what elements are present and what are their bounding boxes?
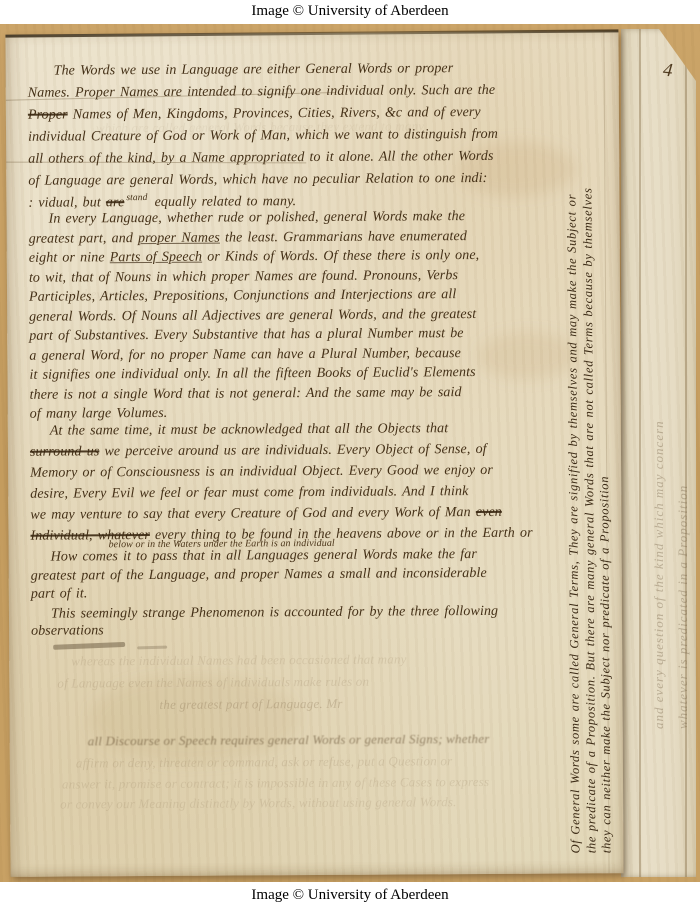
bleedthrough-line: whereas the individual Names had been oc… (71, 651, 406, 669)
text-line: This seemingly strange Phenomenon is acc… (51, 603, 498, 623)
text-segment: Memory or of Consciousness is an individ… (30, 463, 493, 481)
text-segment: of Language are general Words, which hav… (28, 171, 487, 189)
paragraph: The Words we use in Language are either … (28, 58, 499, 216)
fold-line (603, 31, 609, 873)
bleedthrough-line: the greatest part of Language. Mr (159, 696, 342, 713)
marginalia-line: the predicate of a Proposition. But ther… (579, 53, 599, 853)
text-segment: the least. Grammarians have enumerated (220, 229, 467, 246)
text-segment: Individual, whatever (30, 528, 149, 544)
text-line: The Words we use in Language are either … (54, 58, 498, 83)
text-segment: proper Names (138, 230, 220, 246)
ghost-layer: which are called general Words because t… (5, 31, 618, 35)
text-segment: The Words we use in Language are either … (54, 61, 454, 78)
text-segment: eight or nine (29, 250, 110, 265)
bleedthrough-line: and every question of the kind which may… (67, 285, 374, 303)
page-number: 4 (662, 60, 674, 83)
text-line: surround us we perceive around us are in… (30, 439, 532, 463)
text-segment: individual Creature of God or Work of Ma… (28, 127, 498, 145)
text-line: part of it. (31, 583, 487, 604)
text-segment: surround us (30, 444, 99, 459)
text-segment: Proper (28, 108, 68, 123)
text-segment: a general Word, for no proper Name can h… (29, 346, 461, 364)
text-line: eight or nine Parts of Speech or Kinds o… (29, 246, 480, 268)
text-line: Proper Names of Men, Kingdoms, Provinces… (28, 102, 498, 127)
text-line: it signifies one individual only. In all… (29, 363, 480, 385)
text-segment: equally related to many. (149, 194, 296, 210)
strip-ghost-line: and every question of the kind which may… (647, 49, 671, 729)
text-segment: Names of Men, Kingdoms, Provinces, Citie… (68, 105, 481, 123)
paragraph: In every Language, whether rude or polis… (29, 207, 481, 424)
text-line: part of Substantives. Every Substantive … (29, 324, 480, 346)
marginalia-block: Of General Words some are called General… (564, 53, 615, 853)
bleedthrough-line: all Discourse or Speech requires general… (88, 731, 490, 749)
fold-line (685, 29, 687, 877)
text-line: At the same time, it must be acknowledge… (50, 418, 532, 442)
text-line: Memory or of Consciousness is an individ… (30, 460, 532, 484)
crease-line (6, 92, 336, 101)
text-segment: greatest part, and (29, 231, 138, 247)
footer-caption: Image © University of Aberdeen (0, 882, 700, 910)
text-line: desire, Every Evil we feel or fear must … (30, 481, 532, 505)
text-line: greatest part, and proper Names the leas… (29, 226, 480, 248)
marginalia-line: Of General Words some are called General… (564, 53, 584, 853)
bleedthrough-line: answer it, promise or contract; it is im… (62, 774, 489, 793)
header-caption: Image © University of Aberdeen (0, 0, 700, 24)
stain (477, 331, 577, 380)
text-line: there is not a single Word that is not g… (30, 382, 481, 404)
fold-line (639, 29, 641, 877)
text-segment: we perceive around us are individuals. E… (99, 442, 486, 459)
text-line: How comes it to pass that in all Languag… (51, 546, 487, 567)
text-line: we may venture to say that every Creatur… (30, 502, 532, 526)
text-segment: This seemingly strange Phenomenon is acc… (51, 604, 498, 622)
text-segment: even (476, 505, 502, 520)
text-segment: every thing to be found in the heavens a… (150, 526, 533, 543)
strip-ghost-line: whatever is predicated in a Proposition (671, 49, 695, 729)
text-segment: Names. Proper Names are intended to sign… (28, 83, 496, 101)
stain (456, 141, 576, 197)
text-segment: to wit, that of Nouns in which proper Na… (29, 268, 458, 286)
text-segment: observations (31, 623, 104, 638)
text-line: Names. Proper Names are intended to sign… (28, 80, 498, 105)
text-segment: there is not a single Word that is not g… (30, 385, 462, 403)
text-line: Individual, whatever every thing to be f… (30, 523, 532, 547)
marginalia-line: they can neither make the Subject nor pr… (595, 53, 615, 853)
text-segment: we may venture to say that every Creatur… (30, 505, 476, 523)
text-segment: all others of the kind, by a Name approp… (28, 149, 493, 167)
text-line: Participles, Articles, Prepositions, Con… (29, 285, 480, 307)
text-segment: part of Substantives. Every Substantive … (29, 326, 463, 344)
text-line: all others of the kind, by a Name approp… (28, 146, 498, 171)
manuscript-page: which are called general Words because t… (5, 31, 623, 877)
text-segment: Parts of Speech (110, 250, 202, 266)
paragraph: At the same time, it must be acknowledge… (30, 418, 533, 547)
text-segment: part of it. (31, 586, 88, 601)
bleedthrough-line: or convey our Meaning distinctly by Word… (60, 794, 457, 812)
text-segment: general Words. Of Nouns all Adjectives a… (29, 307, 476, 325)
paragraph: This seemingly strange Phenomenon is acc… (31, 603, 498, 640)
text-segment: In every Language, whether rude or polis… (49, 209, 466, 227)
text-segment: of many large Volumes. (30, 406, 168, 422)
text-line: of Language are general Words, which hav… (28, 168, 498, 193)
bleedthrough-line: which are called general Words because t… (96, 118, 424, 136)
ink-smudge (53, 642, 125, 650)
text-segment: How comes it to pass that in all Languag… (51, 547, 477, 565)
text-segment: stand (126, 193, 147, 203)
text-line: to wit, that of Nouns in which proper Na… (29, 265, 480, 287)
interlinear-insertion: below or in the Waters under the Earth i… (109, 538, 335, 550)
text-segment: are (106, 195, 125, 210)
bleedthrough-line: of Language even the Names of individual… (57, 674, 369, 692)
adjacent-page-strip: and every question of the kind which may… (621, 29, 696, 877)
scan-area: and every question of the kind which may… (0, 24, 700, 882)
paragraph: How comes it to pass that in all Languag… (31, 546, 487, 604)
text-line: of many large Volumes. (30, 402, 481, 424)
text-line: : vidual, but arestand equally related t… (28, 190, 498, 216)
text-line: individual Creature of God or Work of Ma… (28, 124, 498, 149)
text-layer: The Words we use in Language are either … (5, 31, 618, 35)
text-line: general Words. Of Nouns all Adjectives a… (29, 304, 480, 326)
text-segment: : vidual, but (28, 195, 106, 210)
bleedthrough-line: affirm or deny, threaten or command, ask… (76, 753, 453, 771)
strip-ghost-block: and every question of the kind which may… (647, 49, 695, 729)
text-segment: it signifies one individual only. In all… (29, 365, 475, 383)
ink-smudge (137, 646, 167, 650)
text-segment: desire, Every Evil we feel or fear must … (30, 484, 468, 502)
crease-line (6, 162, 306, 164)
text-line: a general Word, for no proper Name can h… (29, 343, 480, 365)
text-segment: greatest part of the Language, and prope… (31, 565, 487, 583)
text-segment: or Kinds of Words. Of these there is onl… (202, 248, 479, 265)
text-line: In every Language, whether rude or polis… (49, 207, 480, 229)
text-segment: At the same time, it must be acknowledge… (50, 421, 448, 438)
stain (89, 673, 300, 764)
text-line: greatest part of the Language, and prope… (31, 564, 487, 585)
text-segment: Participles, Articles, Prepositions, Con… (29, 287, 456, 305)
text-line: observations (31, 620, 498, 640)
